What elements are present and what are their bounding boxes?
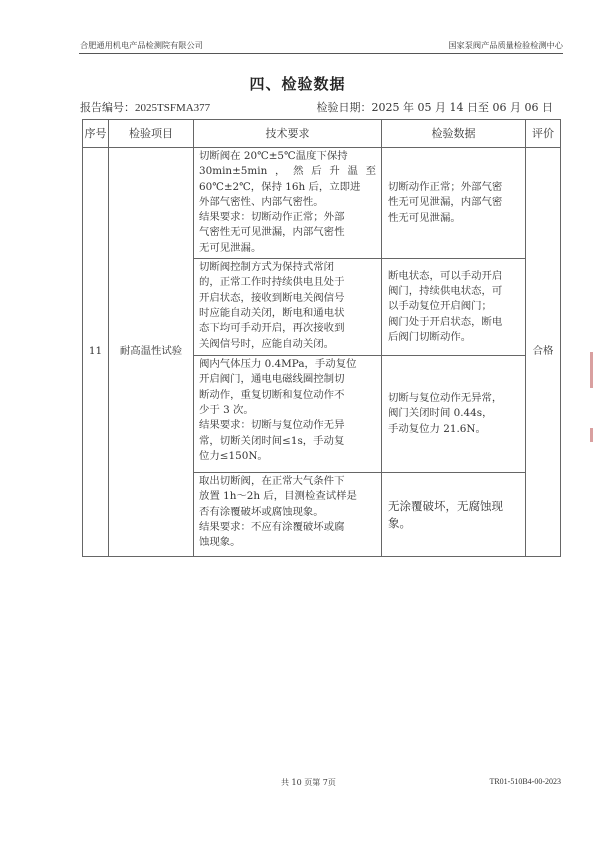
header-center-name: 国家泵阀产品质量检验检测中心 (448, 40, 563, 51)
inspection-data-table: 序号 检验项目 技术要求 检验数据 评价 11 耐高温性试验 切断阀在 20℃±… (82, 119, 561, 557)
header-company: 合肥通用机电产品检测院有限公司 (80, 40, 203, 51)
inspection-date: 检验日期：2025 年 05 月 14 日至 06 月 06 日 (317, 99, 553, 115)
table-row: 11 耐高温性试验 切断阀在 20℃±5℃温度下保持 30min±5min，然后… (83, 148, 561, 259)
col-header-item: 检验项目 (109, 120, 194, 148)
report-number-value: 2025TSFMA377 (135, 102, 210, 114)
col-header-requirement: 技术要求 (194, 120, 382, 148)
col-header-seq: 序号 (83, 120, 109, 148)
evaluation-cell: 合格 (526, 148, 561, 557)
result-cell: 无涂覆破坏，无腐蚀现 象。 (382, 473, 526, 557)
requirement-cell: 取出切断阀，在正常大气条件下 放置 1h～2h 后，目测检查试样是 否有涂覆破坏… (194, 473, 382, 557)
result-cell: 切断与复位动作无异常， 阀门关闭时间 0.44s， 手动复位力 21.6N。 (382, 356, 526, 473)
result-cell: 切断动作正常；外部气密 性无可见泄漏，内部气密 性无可见泄漏。 (382, 148, 526, 259)
result-cell: 断电状态，可以手动开启 阀门，持续供电状态，可 以手动复位开启阀门； 阀门处于开… (382, 259, 526, 356)
table-header-row: 序号 检验项目 技术要求 检验数据 评价 (83, 120, 561, 148)
scan-edge-mark (590, 428, 593, 442)
requirement-cell: 阀内气体压力 0.4MPa，手动复位 开启阀门，通电电磁线圈控制切 断动作，重复… (194, 356, 382, 473)
page-title: 四、检验数据 (0, 73, 595, 94)
inspection-date-value: 2025 年 05 月 14 日至 06 月 06 日 (372, 101, 553, 114)
document-code: TR01-510B4-00-2023 (489, 777, 561, 786)
header-divider (79, 53, 563, 54)
col-header-result: 检验数据 (382, 120, 526, 148)
inspection-date-label: 检验日期： (317, 101, 372, 114)
col-header-evaluation: 评价 (526, 120, 561, 148)
requirement-cell: 切断阀在 20℃±5℃温度下保持 30min±5min，然后升温至 60℃±2℃… (194, 148, 382, 259)
requirement-cell: 切断阀控制方式为保持式常闭 的，正常工作时持续供电且处于 开启状态，接收到断电关… (194, 259, 382, 356)
item-cell: 耐高温性试验 (109, 148, 194, 557)
report-number-label: 报告编号： (80, 101, 135, 114)
report-number: 报告编号：2025TSFMA377 (80, 99, 210, 115)
page-number: 共 10 页第 7页 (281, 777, 336, 788)
scan-edge-mark (590, 352, 593, 388)
seq-cell: 11 (83, 148, 109, 557)
